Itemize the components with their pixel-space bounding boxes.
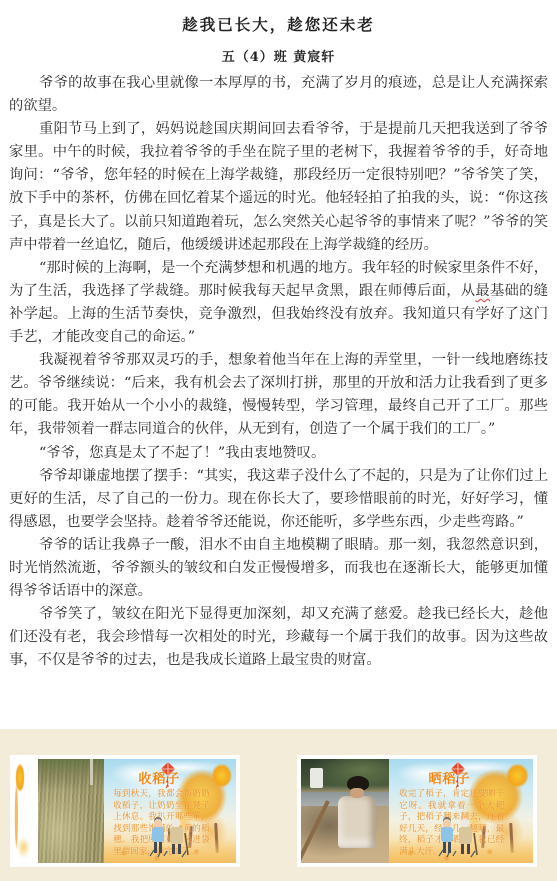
boy-raking-photo — [301, 759, 389, 863]
essay-title: 趁我已长大，趁您还未老 — [9, 13, 548, 35]
essay-paragraph-4: 我凝视着爷爷那双灵巧的手，想象着他当年在上海的弄堂里，一针一线地磨练技艺。爷爷继… — [9, 349, 548, 441]
essay-paragraph-2: 重阳节马上到了，妈妈说趁国庆期间回去看爷爷，于是提前几天把我送到了爷爷家里。中午… — [9, 118, 548, 257]
essay-paragraph-1: 爷爷的故事在我心里就像一本厚厚的书，充满了岁月的痕迹，总是让人充满探索的欲望。 — [9, 72, 548, 118]
rice-field-photo — [38, 759, 104, 863]
grandparent-and-child-walking-illustration — [435, 816, 481, 862]
photo-white-bin — [310, 768, 323, 788]
photo-card-harvest-rice: 收稻子 每到秋天，我都会帮奶奶收稻子，让奶奶坐在凳子上休息。我扒开那些草，找到那… — [10, 755, 240, 867]
photo-boy-jacket — [338, 796, 376, 848]
autumn-illustration-panel: 收稻子 每到秋天，我都会帮奶奶收稻子，让奶奶坐在凳子上休息。我扒开那些草，找到那… — [104, 759, 236, 863]
card-title-harvest: 收稻子 — [112, 768, 207, 787]
autumn-illustration-panel: 晒稻子 收完了稻子，肯定还要晒干它呀。我就拿着一个大耙子，把稻子翻来翻去，连着好… — [389, 759, 533, 863]
essay-byline: 五（4）班 黄宸轩 — [9, 46, 548, 65]
essay-document: 趁我已长大，趁您还未老 五（4）班 黄宸轩 爷爷的故事在我心里就像一本厚厚的书，… — [0, 0, 557, 672]
essay-paragraph-8: 爷爷笑了，皱纹在阳光下显得更加深刻，却又充满了慈爱。趁我已经长大，趁他们还没有老… — [9, 603, 548, 672]
document-page: 趁我已长大，趁您还未老 五（4）班 黄宸轩 爷爷的故事在我心里就像一本厚厚的书，… — [0, 0, 557, 881]
essay-paragraph-7: 爷爷的话让我鼻子一酸，泪水不由自主地模糊了眼睛。那一刻，我忽然意识到，时光悄然流… — [9, 534, 548, 603]
photo-card-drying-rice: 晒稻子 收完了稻子，肯定还要晒干它呀。我就拿着一个大耙子，把稻子翻来翻去，连着好… — [297, 755, 537, 867]
essay-paragraph-6: 爷爷却谦虚地摆了摆手：“其实，我这辈子没什么了不起的，只是为了让你们过上更好的生… — [9, 465, 548, 534]
paragraph-3-text: “那时候的上海啊，是一个充满梦想和机遇的地方。我年轻的时候家里条件不好，为了生活… — [9, 260, 548, 299]
grandparent-and-child-walking-illustration — [146, 816, 192, 862]
card-title-drying: 晒稻子 — [398, 768, 502, 787]
photo-strip-band: 收稻子 每到秋天，我都会帮奶奶收稻子，让奶奶坐在凳子上休息。我扒开那些草，找到那… — [0, 729, 557, 881]
field-pole-detail — [90, 759, 93, 785]
essay-paragraph-3: “那时候的上海啊，是一个充满梦想和机遇的地方。我年轻的时候家里条件不好，为了生活… — [9, 257, 548, 349]
essay-paragraph-5: “爷爷，您真是太了不起了！”我由衷地赞叹。 — [9, 442, 548, 465]
spellcheck-marked-word: 最 — [475, 283, 490, 299]
photo-boy-face — [350, 788, 364, 798]
essay-body: 爷爷的故事在我心里就像一本厚厚的书，充满了岁月的痕迹，总是让人充满探索的欲望。 … — [9, 72, 548, 672]
golden-foliage-strip — [14, 759, 38, 863]
